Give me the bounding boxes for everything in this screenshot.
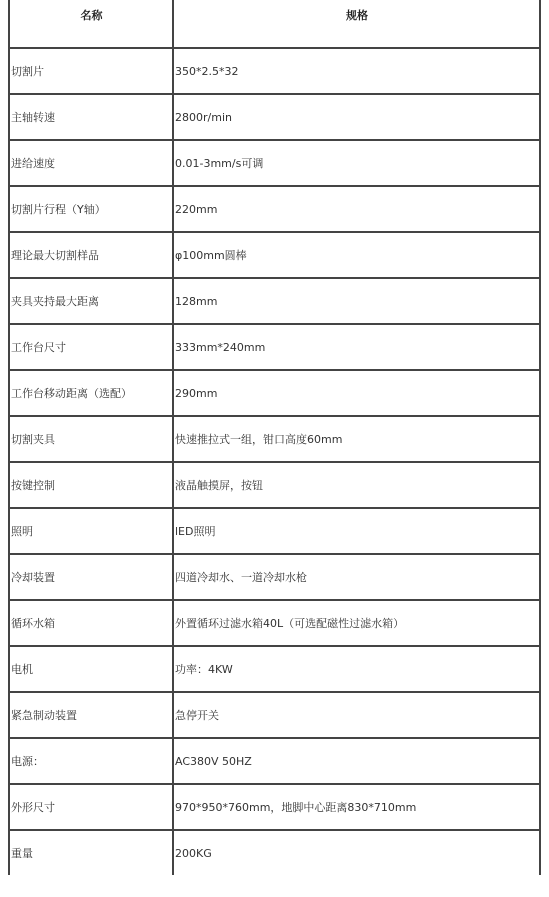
row-spec: 350*2.5*32: [173, 48, 540, 94]
row-spec: 外置循环过滤水箱40L（可选配磁性过滤水箱）: [173, 600, 540, 646]
table-row: 紧急制动装置 急停开关: [9, 692, 540, 738]
row-name: 照明: [9, 508, 173, 554]
table-row: 夹具夹持最大距离 128mm: [9, 278, 540, 324]
table-row: 切割夹具 快速推拉式一组，钳口高度60mm: [9, 416, 540, 462]
row-name: 重量: [9, 830, 173, 875]
table-row: 按键控制 液晶触摸屏，按钮: [9, 462, 540, 508]
row-spec: 急停开关: [173, 692, 540, 738]
row-name: 工作台移动距离（选配）: [9, 370, 173, 416]
table-row: 进给速度 0.01-3mm/s可调: [9, 140, 540, 186]
row-spec: 快速推拉式一组，钳口高度60mm: [173, 416, 540, 462]
row-spec: 220mm: [173, 186, 540, 232]
row-spec: 功率：4KW: [173, 646, 540, 692]
row-spec: 128mm: [173, 278, 540, 324]
table-header-row: 名称 规格: [9, 0, 540, 48]
header-name: 名称: [9, 0, 173, 48]
row-spec: φ100mm圆棒: [173, 232, 540, 278]
row-spec: AC380V 50HZ: [173, 738, 540, 784]
table-row: 电机 功率：4KW: [9, 646, 540, 692]
table-row: 切割片 350*2.5*32: [9, 48, 540, 94]
row-spec: 2800r/min: [173, 94, 540, 140]
row-name: 按键控制: [9, 462, 173, 508]
row-name: 切割片行程（Y轴）: [9, 186, 173, 232]
row-name: 电源：: [9, 738, 173, 784]
row-name: 理论最大切割样品: [9, 232, 173, 278]
table-row: 循环水箱 外置循环过滤水箱40L（可选配磁性过滤水箱）: [9, 600, 540, 646]
row-name: 夹具夹持最大距离: [9, 278, 173, 324]
row-name: 电机: [9, 646, 173, 692]
table-row: 理论最大切割样品 φ100mm圆棒: [9, 232, 540, 278]
table-row: 电源： AC380V 50HZ: [9, 738, 540, 784]
row-name: 循环水箱: [9, 600, 173, 646]
row-name: 工作台尺寸: [9, 324, 173, 370]
table-row: 切割片行程（Y轴） 220mm: [9, 186, 540, 232]
table-row: 工作台尺寸 333mm*240mm: [9, 324, 540, 370]
table-row: 工作台移动距离（选配） 290mm: [9, 370, 540, 416]
row-name: 紧急制动装置: [9, 692, 173, 738]
row-spec: 290mm: [173, 370, 540, 416]
table-row: 主轴转速 2800r/min: [9, 94, 540, 140]
row-name: 外形尺寸: [9, 784, 173, 830]
spec-table: 名称 规格 切割片 350*2.5*32 主轴转速 2800r/min 进给速度…: [8, 0, 541, 875]
row-spec: lED照明: [173, 508, 540, 554]
row-spec: 333mm*240mm: [173, 324, 540, 370]
row-name: 进给速度: [9, 140, 173, 186]
table-row: 冷却装置 四道冷却水、一道冷却水枪: [9, 554, 540, 600]
row-spec: 液晶触摸屏，按钮: [173, 462, 540, 508]
row-spec: 0.01-3mm/s可调: [173, 140, 540, 186]
row-name: 主轴转速: [9, 94, 173, 140]
row-name: 切割片: [9, 48, 173, 94]
spec-table-container: 名称 规格 切割片 350*2.5*32 主轴转速 2800r/min 进给速度…: [8, 0, 539, 875]
table-row: 重量 200KG: [9, 830, 540, 875]
header-spec: 规格: [173, 0, 540, 48]
row-spec: 四道冷却水、一道冷却水枪: [173, 554, 540, 600]
row-name: 冷却装置: [9, 554, 173, 600]
table-row: 外形尺寸 970*950*760mm，地脚中心距离830*710mm: [9, 784, 540, 830]
row-spec: 200KG: [173, 830, 540, 875]
row-name: 切割夹具: [9, 416, 173, 462]
row-spec: 970*950*760mm，地脚中心距离830*710mm: [173, 784, 540, 830]
table-row: 照明 lED照明: [9, 508, 540, 554]
